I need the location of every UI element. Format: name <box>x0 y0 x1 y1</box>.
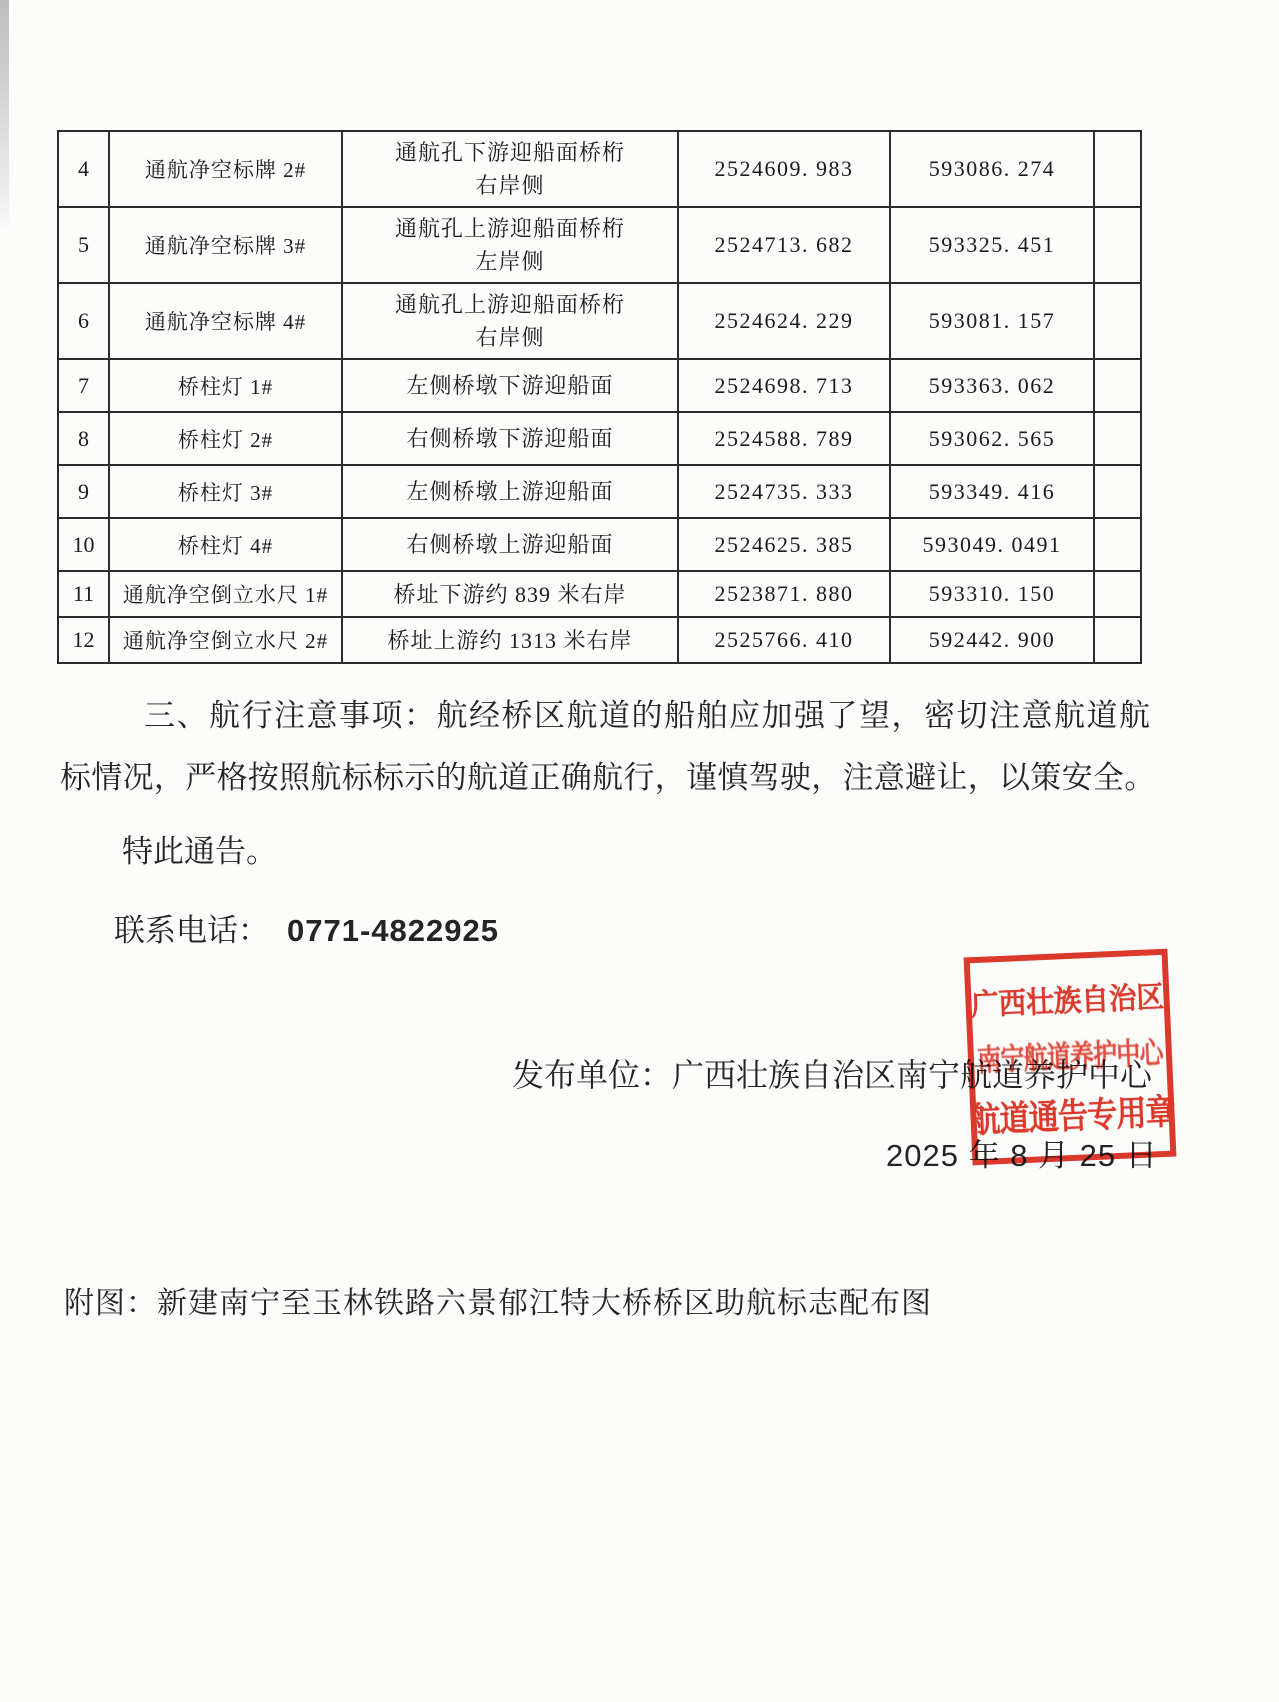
cell-location: 右侧桥墩上游迎船面 <box>342 518 678 571</box>
attachment-note: 附图：新建南宁至玉林铁路六景郁江特大桥桥区助航标志配布图 <box>64 1278 932 1322</box>
cell-coordinate-x: 2524735. 333 <box>678 465 890 518</box>
table-row: 7桥柱灯 1#左侧桥墩下游迎船面2524698. 713593363. 062 <box>58 359 1141 412</box>
stamp-line-3: 航道通告专用章 <box>969 1084 1176 1143</box>
cell-remark <box>1094 283 1141 359</box>
cell-coordinate-x: 2523871. 880 <box>678 571 890 617</box>
cell-marker-name: 桥柱灯 3# <box>109 465 342 518</box>
cell-marker-name: 桥柱灯 1# <box>109 359 342 412</box>
cell-row-number: 12 <box>58 617 109 663</box>
cell-remark <box>1094 571 1141 617</box>
cell-coordinate-y: 592442. 900 <box>890 617 1094 663</box>
cell-location: 左侧桥墩下游迎船面 <box>342 359 678 412</box>
contact-phone-line: 联系电话：0771-4822925 <box>114 905 499 950</box>
cell-marker-name: 通航净空倒立水尺 2# <box>109 617 342 663</box>
cell-coordinate-x: 2524609. 983 <box>678 131 890 207</box>
cell-remark <box>1094 412 1141 465</box>
cell-coordinate-x: 2524625. 385 <box>678 518 890 571</box>
cell-remark <box>1094 131 1141 207</box>
cell-location: 右侧桥墩下游迎船面 <box>342 412 678 465</box>
cell-row-number: 8 <box>58 412 109 465</box>
notice-document-page: 4通航净空标牌 2#通航孔下游迎船面桥桁 右岸侧2524609. 9835930… <box>0 0 1279 1702</box>
cell-coordinate-y: 593049. 0491 <box>890 518 1094 571</box>
table-row: 12通航净空倒立水尺 2#桥址上游约 1313 米右岸2525766. 4105… <box>58 617 1141 663</box>
table-row: 8桥柱灯 2#右侧桥墩下游迎船面2524588. 789593062. 565 <box>58 412 1141 465</box>
cell-row-number: 9 <box>58 465 109 518</box>
table-row: 11通航净空倒立水尺 1#桥址下游约 839 米右岸2523871. 88059… <box>58 571 1141 617</box>
contact-phone-number: 0771-4822925 <box>287 913 499 948</box>
cell-coordinate-x: 2524713. 682 <box>678 207 890 283</box>
page-scan-edge <box>0 0 9 235</box>
cell-location: 通航孔上游迎船面桥桁 右岸侧 <box>342 283 678 359</box>
cell-remark <box>1094 518 1141 571</box>
cell-coordinate-y: 593349. 416 <box>890 465 1094 518</box>
cell-location: 桥址上游约 1313 米右岸 <box>342 617 678 663</box>
closing-statement: 特此通告。 <box>122 826 277 871</box>
cell-remark <box>1094 359 1141 412</box>
contact-label: 联系电话： <box>114 913 269 948</box>
notice-paragraph-line-1: 三、航行注意事项：航经桥区航道的船舶应加强了望，密切注意航道航 <box>144 690 1152 735</box>
cell-marker-name: 通航净空标牌 4# <box>109 283 342 359</box>
cell-row-number: 7 <box>58 359 109 412</box>
table-row: 9桥柱灯 3#左侧桥墩上游迎船面2524735. 333593349. 416 <box>58 465 1141 518</box>
cell-remark <box>1094 207 1141 283</box>
cell-coordinate-x: 2524588. 789 <box>678 412 890 465</box>
cell-row-number: 10 <box>58 518 109 571</box>
official-seal-stamp: 广西壮族自治区 南宁航道养护中心 航道通告专用章 <box>964 949 1177 1166</box>
cell-location: 通航孔下游迎船面桥桁 右岸侧 <box>342 131 678 207</box>
table-row: 5通航净空标牌 3#通航孔上游迎船面桥桁 左岸侧2524713. 6825933… <box>58 207 1141 283</box>
cell-coordinate-y: 593325. 451 <box>890 207 1094 283</box>
cell-coordinate-y: 593062. 565 <box>890 412 1094 465</box>
stamp-line-1: 广西壮族自治区 <box>970 971 1165 1023</box>
cell-row-number: 6 <box>58 283 109 359</box>
navigation-aids-table: 4通航净空标牌 2#通航孔下游迎船面桥桁 右岸侧2524609. 9835930… <box>57 130 1142 664</box>
cell-row-number: 11 <box>58 571 109 617</box>
cell-coordinate-y: 593310. 150 <box>890 571 1094 617</box>
cell-marker-name: 桥柱灯 2# <box>109 412 342 465</box>
cell-coordinate-y: 593086. 274 <box>890 131 1094 207</box>
cell-remark <box>1094 465 1141 518</box>
cell-location: 桥址下游约 839 米右岸 <box>342 571 678 617</box>
cell-marker-name: 通航净空标牌 2# <box>109 131 342 207</box>
cell-row-number: 5 <box>58 207 109 283</box>
cell-coordinate-x: 2524624. 229 <box>678 283 890 359</box>
cell-location: 左侧桥墩上游迎船面 <box>342 465 678 518</box>
cell-coordinate-y: 593081. 157 <box>890 283 1094 359</box>
cell-marker-name: 桥柱灯 4# <box>109 518 342 571</box>
stamp-line-2: 南宁航道养护中心 <box>976 1028 1163 1080</box>
cell-marker-name: 通航净空倒立水尺 1# <box>109 571 342 617</box>
cell-location: 通航孔上游迎船面桥桁 左岸侧 <box>342 207 678 283</box>
table-body: 4通航净空标牌 2#通航孔下游迎船面桥桁 右岸侧2524609. 9835930… <box>58 131 1141 663</box>
cell-marker-name: 通航净空标牌 3# <box>109 207 342 283</box>
table-row: 4通航净空标牌 2#通航孔下游迎船面桥桁 右岸侧2524609. 9835930… <box>58 131 1141 207</box>
cell-coordinate-x: 2525766. 410 <box>678 617 890 663</box>
cell-row-number: 4 <box>58 131 109 207</box>
cell-coordinate-y: 593363. 062 <box>890 359 1094 412</box>
table-row: 10桥柱灯 4#右侧桥墩上游迎船面2524625. 385593049. 049… <box>58 518 1141 571</box>
cell-remark <box>1094 617 1141 663</box>
table-row: 6通航净空标牌 4#通航孔上游迎船面桥桁 右岸侧2524624. 2295930… <box>58 283 1141 359</box>
notice-paragraph-line-2: 标情况，严格按照航标标示的航道正确航行，谨慎驾驶，注意避让，以策安全。 <box>60 752 1156 797</box>
cell-coordinate-x: 2524698. 713 <box>678 359 890 412</box>
